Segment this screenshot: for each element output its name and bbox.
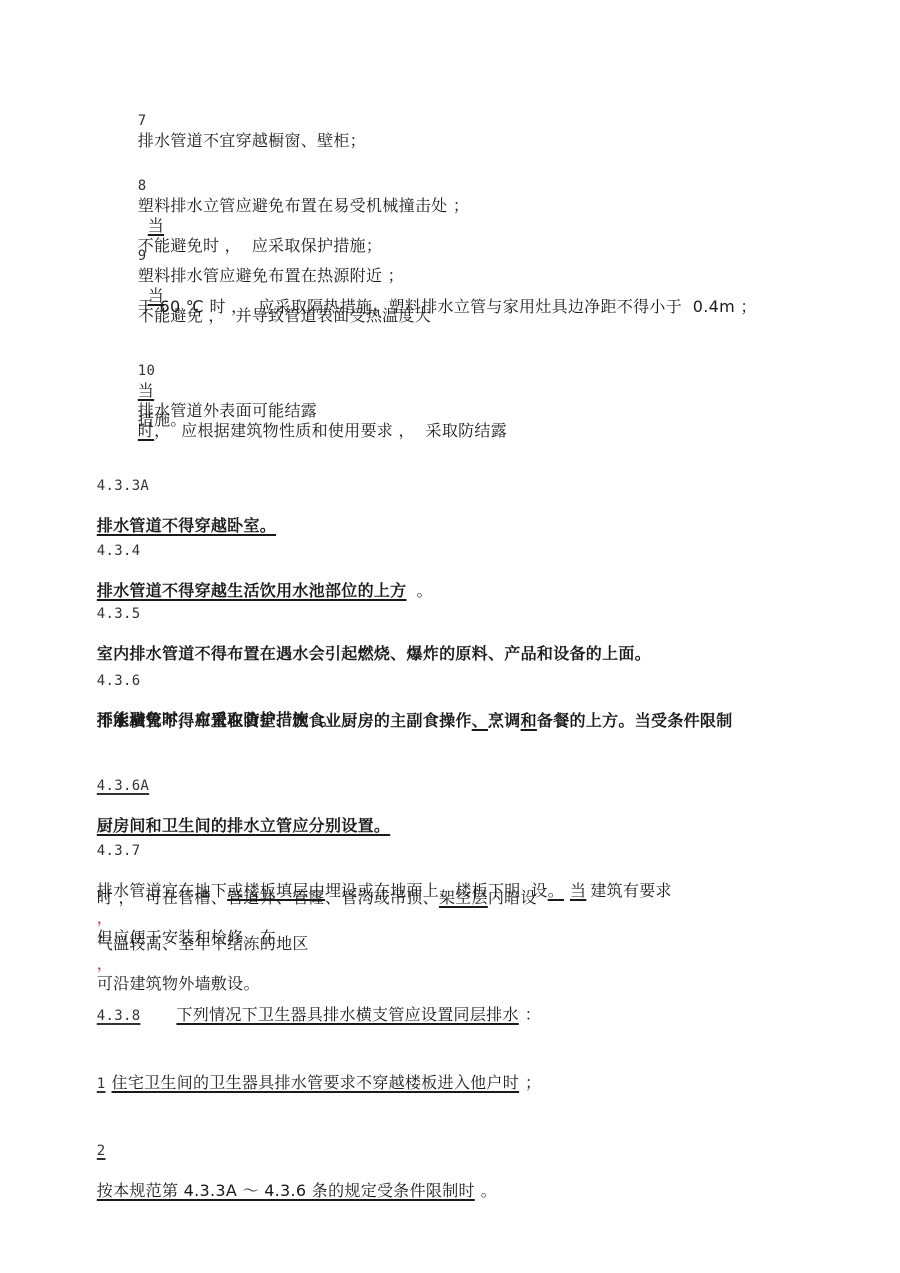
clause-4-3-8: 4.3.8下列情况下卫生器具排水横支管应设置同层排水：	[86, 985, 541, 1026]
item-text: ， 应根据建筑物性质和使用要求 ， 采取防结露	[154, 421, 507, 440]
clause-text: 建筑有要求	[590, 881, 672, 900]
underlined-text: 架空层	[439, 888, 488, 907]
clause-number: 4.3.3A	[97, 478, 149, 494]
item-number: 7	[138, 113, 147, 129]
item-text: 塑料排水立管应避免布置在易受机械撞击处 ；	[138, 196, 469, 215]
clause-number: 4.3.5	[97, 606, 141, 622]
item-number: 1	[97, 1076, 106, 1092]
underlined-text: 。	[548, 881, 564, 900]
punctuation: 。	[481, 1181, 497, 1200]
item-number: 2	[97, 1143, 106, 1159]
clause-text: 时 ， 可在管槽、管道井、管窿、管沟或吊顶、	[97, 888, 439, 907]
clause-number: 4.3.7	[97, 843, 141, 859]
clause-text: 下列情况下卫生器具排水横支管应设置同层排水	[176, 1005, 518, 1024]
underlined-text: 和	[521, 711, 537, 730]
clause-text: 不能避免时，应采取防护措施 。	[97, 710, 337, 729]
item-9-line-2: 于 60 ℃ 时 ， 应采取隔热措施。塑料排水立管与家用灶具边净距不得小于 0.…	[127, 277, 757, 317]
clause-number: 4.3.8	[97, 1008, 141, 1024]
item-number: 8	[138, 178, 147, 194]
item-text: 排水管道不宜穿越橱窗、壁柜；	[138, 131, 366, 150]
clause-text: 烹调	[488, 711, 521, 730]
item-number: 9	[138, 248, 147, 264]
underlined-text: 、	[472, 711, 488, 730]
clause-number: 4.3.4	[97, 543, 141, 559]
item-text: 措施。	[138, 410, 187, 429]
clause-text: 内暗设	[488, 888, 537, 907]
item-number: 10	[138, 363, 155, 379]
clause-text: 住宅卫生间的卫生器具排水管要求不穿越楼板进入他户时	[112, 1073, 520, 1092]
clause-4-3-7-line-3: 气温较高、全年不结冻的地区 ， 可沿建筑物外墙敷设。	[86, 914, 309, 994]
punctuation: ；	[525, 1073, 541, 1092]
clause-number: 4.3.6	[97, 673, 141, 689]
underlined-text: 当	[570, 881, 586, 900]
clause-4-3-8-item-1: 1住宅卫生间的卫生器具排水管要求不穿越楼板进入他户时；	[86, 1053, 541, 1094]
item-10-line-2: 措施。	[127, 390, 187, 430]
item-text: 于 60 ℃ 时 ， 应采取隔热措施。塑料排水立管与家用灶具边净距不得小于 0.…	[138, 297, 757, 316]
clause-4-3-8-item-2: 2 按本规范第 4.3.3A ～ 4.3.6 条的规定受条件限制时。	[86, 1120, 497, 1201]
clause-number: 4.3.6A	[97, 778, 149, 794]
punctuation: ：	[525, 1005, 541, 1024]
clause-text: 备餐的上方。当受条件限制	[537, 711, 733, 730]
clause-text: 按本规范第 4.3.3A ～ 4.3.6 条的规定受条件限制时	[97, 1181, 475, 1200]
clause-4-3-6-line-2: 不能避免时，应采取防护措施 。	[86, 690, 337, 730]
clause-text: 气温较高、全年不结冻的地区	[97, 934, 309, 953]
red-comma: ，	[97, 954, 113, 973]
item-7: 7 排水管道不宜穿越橱窗、壁柜；	[127, 90, 366, 151]
